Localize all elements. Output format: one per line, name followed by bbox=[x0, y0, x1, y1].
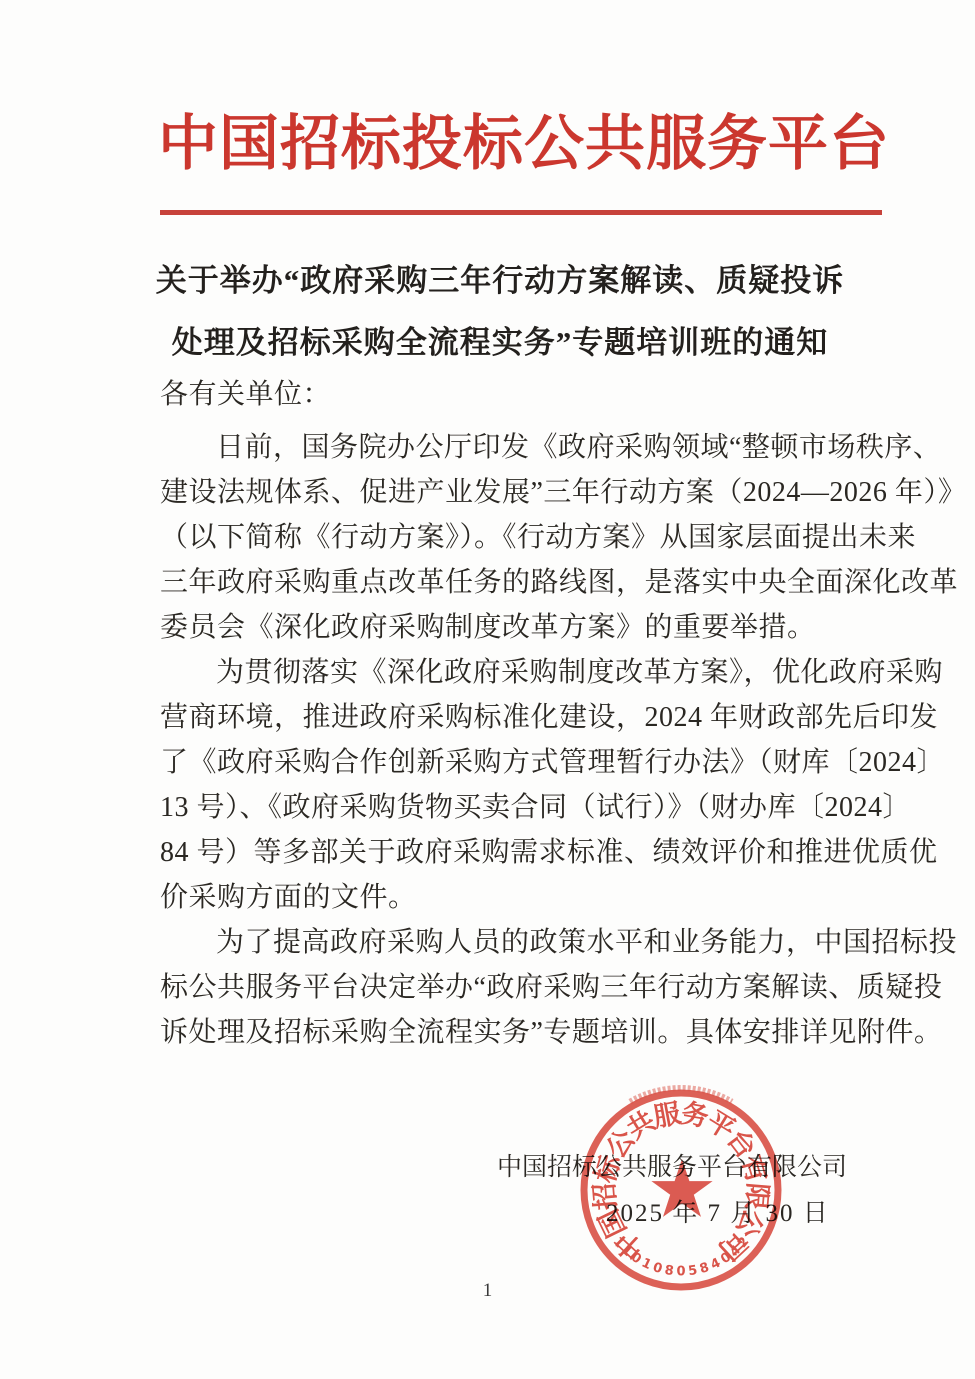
paragraph-3: 为了提高政府采购人员的政策水平和业务能力，中国招标投 标公共服务平台决定举办“政… bbox=[160, 920, 855, 1055]
body-line: 营商环境，推进政府采购标准化建设，2024 年财政部先后印发 bbox=[160, 695, 855, 740]
body-line: 三年政府采购重点改革任务的路线图，是落实中央全面深化改革 bbox=[160, 560, 855, 605]
body-line: 为了提高政府采购人员的政策水平和业务能力，中国招标投 bbox=[160, 920, 855, 965]
svg-text:5: 5 bbox=[687, 1263, 698, 1279]
paragraph-2: 为贯彻落实《深化政府采购制度改革方案》，优化政府采购 营商环境，推进政府采购标准… bbox=[160, 650, 855, 920]
document-title: 关于举办“政府采购三年行动方案解读、质疑投诉 处理及招标采购全流程实务”专题培训… bbox=[150, 250, 850, 374]
body-line: 价采购方面的文件。 bbox=[160, 875, 855, 920]
org-header-title: 中国招标投标公共服务平台 bbox=[158, 106, 842, 182]
body-line: 建设法规体系、促进产业发展”三年行动方案（2024—2026 年）》 bbox=[160, 470, 855, 515]
document-page: 中国招标投标公共服务平台 关于举办“政府采购三年行动方案解读、质疑投诉 处理及招… bbox=[0, 0, 975, 1379]
body-line: （以下简称《行动方案》）。《行动方案》从国家层面提出未来 bbox=[160, 515, 855, 560]
body-line: 标公共服务平台决定举办“政府采购三年行动方案解读、质疑投 bbox=[160, 965, 855, 1010]
document-title-line-1: 关于举办“政府采购三年行动方案解读、质疑投诉 bbox=[150, 250, 850, 312]
body-line: 13 号）、《政府采购货物买卖合同（试行）》（财办库〔2024〕 bbox=[160, 785, 855, 830]
body-line: 日前，国务院办公厅印发《政府采购领域“整顿市场秩序、 bbox=[160, 425, 855, 470]
document-title-line-2: 处理及招标采购全流程实务”专题培训班的通知 bbox=[150, 312, 850, 374]
body-line: 诉处理及招标采购全流程实务”专题培训。具体安排详见附件。 bbox=[160, 1010, 855, 1055]
body-line: 委员会《深化政府采购制度改革方案》的重要举措。 bbox=[160, 605, 855, 650]
svg-text:0: 0 bbox=[676, 1265, 685, 1280]
paragraph-1: 日前，国务院办公厅印发《政府采购领域“整顿市场秩序、 建设法规体系、促进产业发展… bbox=[160, 425, 855, 650]
body-line: 了《政府采购合作创新采购方式管理暂行办法》（财库〔2024〕 bbox=[160, 740, 855, 785]
page-number: 1 bbox=[0, 1280, 975, 1302]
seal-graphic: 中国招标公共服务平台有限公司 1101080584042 bbox=[576, 1085, 786, 1295]
official-seal: 中国招标公共服务平台有限公司 1101080584042 bbox=[576, 1085, 786, 1295]
svg-text:0: 0 bbox=[651, 1260, 664, 1277]
svg-text:8: 8 bbox=[664, 1263, 675, 1279]
document-body: 各有关单位： 日前，国务院办公厅印发《政府采购领域“整顿市场秩序、 建设法规体系… bbox=[160, 372, 855, 1055]
salutation: 各有关单位： bbox=[160, 372, 855, 417]
seal-star bbox=[651, 1159, 712, 1217]
header-rule bbox=[160, 210, 882, 215]
body-line: 为贯彻落实《深化政府采购制度改革方案》，优化政府采购 bbox=[160, 650, 855, 695]
body-line: 84 号）等多部关于政府采购需求标准、绩效评价和推进优质优 bbox=[160, 830, 855, 875]
